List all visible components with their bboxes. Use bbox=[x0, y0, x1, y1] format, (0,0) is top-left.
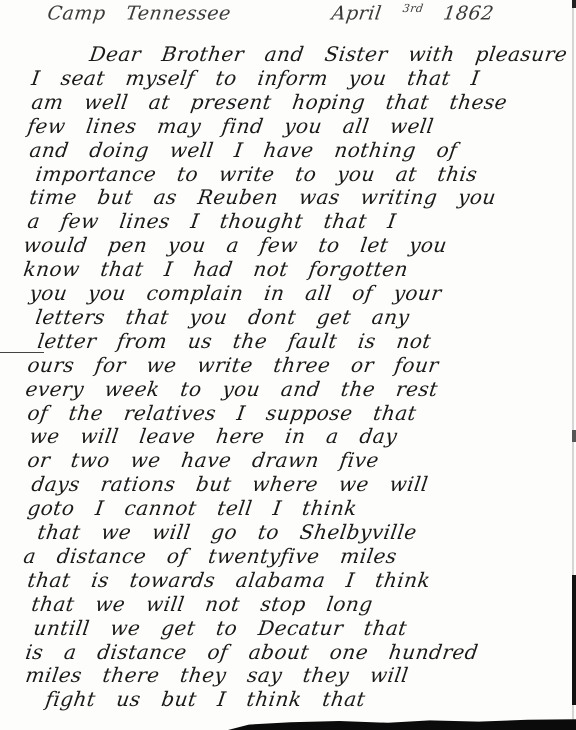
letter-line: Dear Brother and Sister with pleasure bbox=[0, 42, 576, 66]
heading-year: 1862 bbox=[442, 2, 495, 24]
letter-line: I seat myself to inform you that I bbox=[0, 66, 576, 90]
letter-line: or two we have drawn five bbox=[0, 448, 576, 472]
letter-line: and doing well I have nothing of bbox=[0, 138, 576, 162]
letter-line: every week to you and the rest bbox=[0, 377, 576, 401]
letter-line: goto I cannot tell I think bbox=[0, 496, 576, 520]
letter-line: days rations but where we will bbox=[0, 472, 576, 496]
letter-line: is a distance of about one hundred bbox=[0, 640, 576, 664]
letter-page: Camp Tennessee April 3rd 1862 Dear Broth… bbox=[0, 0, 576, 730]
heading-month: April bbox=[330, 2, 383, 24]
letter-line: a few lines I thought that I bbox=[0, 209, 576, 233]
letter-line: know that I had not forgotten bbox=[0, 257, 576, 281]
letter-line: am well at present hoping that these bbox=[0, 90, 576, 114]
letter-line: that we will not stop long bbox=[0, 592, 576, 616]
letter-line: we will leave here in a day bbox=[0, 424, 576, 448]
letter-line: fight us but I think that bbox=[0, 687, 576, 711]
heading-place: Camp Tennessee bbox=[46, 2, 232, 24]
letter-line: ours for we write three or four bbox=[0, 353, 576, 377]
heading-day: 3rd bbox=[402, 2, 425, 15]
letter-line: letter from us the fault is not bbox=[0, 329, 576, 353]
letter-line: of the relatives I suppose that bbox=[0, 401, 576, 425]
letter-line: few lines may find you all well bbox=[0, 114, 576, 138]
letter-line: miles there they say they will bbox=[0, 663, 576, 687]
letter-line: that is towards alabama I think bbox=[0, 568, 576, 592]
letter-line: that we will go to Shelbyville bbox=[0, 520, 576, 544]
letter-line: would pen you a few to let you bbox=[0, 233, 576, 257]
letter-line: you you complain in all of your bbox=[0, 281, 576, 305]
letter-line: importance to write to you at this bbox=[0, 162, 576, 186]
letter-line: untill we get to Decatur that bbox=[0, 616, 576, 640]
letter-line: a distance of twentyfive miles bbox=[0, 544, 576, 568]
scan-shadow-bottom bbox=[228, 718, 576, 730]
letter-line: letters that you dont get any bbox=[0, 305, 576, 329]
letter-line: time but as Reuben was writing you bbox=[0, 185, 576, 209]
letter-heading: Camp Tennessee April 3rd 1862 bbox=[0, 2, 576, 24]
